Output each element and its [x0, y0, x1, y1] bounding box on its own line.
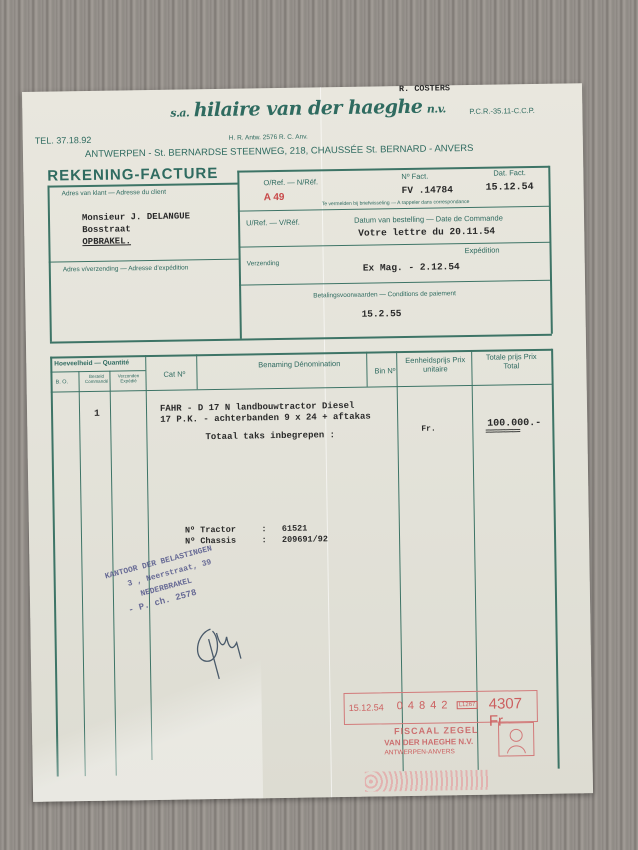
our-ref-label: O/Ref. — N/Réf.	[263, 177, 318, 187]
ordered-header: Besteld Commandé	[84, 374, 108, 384]
item-description: FAHR - D 17 N landbouwtractor Diesel 17 …	[160, 401, 371, 426]
client-address-label: Adres van klant — Adresse du client	[62, 189, 167, 198]
bin-number-header: Bin Nº	[374, 366, 395, 375]
total-underline: =========	[485, 427, 519, 437]
tractor-no: 61521	[282, 524, 308, 534]
shipping-label-nl: Verzending	[247, 260, 280, 268]
cat-number-header: Cat Nº	[163, 369, 185, 378]
client-address: Monsieur J. DELANGUE Bosstraat OPBRAKEL.	[82, 210, 191, 248]
effigy-icon	[498, 722, 535, 757]
client-name: Monsieur J. DELANGUE	[82, 210, 190, 224]
pcr-number: P.C.R.-35.11-C.C.P.	[469, 106, 535, 116]
paper-fold	[320, 87, 332, 797]
shipping-label-fr: Expédition	[464, 246, 499, 256]
currency: Fr.	[421, 425, 436, 434]
bo-header: B. O.	[56, 379, 69, 385]
typed-name: R. COSTERS	[399, 83, 450, 94]
fiscal-stamp: FISCAAL ZEGEL VAN DER HAEGHE N.V. ANTWER…	[344, 724, 537, 761]
order-date-label: Datum van bestelling — Date de Commande	[354, 213, 503, 224]
description-header: Benaming Dénomination	[244, 359, 354, 370]
tax-office-stamp: KANTOOR DER BELASTINGEN 3 , Neerstraat, …	[104, 542, 224, 621]
stamp-pattern	[365, 770, 489, 792]
company-address: ANTWERPEN - St. BERNARDSE STEENWEG, 218,…	[85, 143, 474, 160]
telephone: TEL. 37.18.92	[35, 135, 92, 146]
reference-note: Te vermelden bij briefwisseling — A rapp…	[322, 199, 470, 207]
invoice-date: 15.12.54	[485, 182, 533, 194]
payment-terms-label: Betalingsvoorwaarden — Conditions de pai…	[313, 290, 456, 299]
registry: H. R. Antw. 2576 R. C. Anv.	[229, 134, 308, 142]
shipped-header: Verzonden Expédié	[114, 373, 142, 383]
your-ref-label: U/Ref. — V/Réf.	[246, 218, 300, 228]
unit-price-header: Eenheidsprijs Prix unitaire	[404, 355, 466, 374]
payment-terms: 15.2.55	[361, 308, 401, 320]
client-city: OPBRAKEL.	[82, 234, 190, 248]
total-tax-included-label: Totaal taks inbegrepen :	[205, 430, 335, 442]
shipping-value: Ex Mag. - 2.12.54	[363, 261, 460, 274]
meter-stamp: 15.12.54 0 4 8 4 2 L1267 4307 Fr	[343, 690, 537, 725]
company-logo: s.a. hilaire van der haeghe n.v.	[170, 95, 446, 121]
total-price-header: Totale prijs Prix Total	[478, 352, 544, 371]
quantity-header: Hoeveelheid — Quantité	[54, 359, 129, 367]
ordered-quantity: 1	[94, 408, 100, 419]
order-date: Votre lettre du 20.11.54	[358, 226, 495, 239]
document-title: REKENING-FACTURE	[47, 165, 218, 185]
invoice-paper: R. COSTERS s.a. hilaire van der haeghe n…	[22, 83, 593, 802]
tractor-no-label: Nº Tractor	[185, 525, 236, 536]
our-ref-value: A 49	[264, 192, 285, 203]
invoice-date-label: Dat. Fact.	[493, 168, 526, 178]
invoice-number: FV .14784	[402, 184, 453, 196]
shipping-address-label: Adres v/verzending — Adresse d'expéditio…	[63, 264, 189, 273]
invoice-number-label: Nº Fact.	[401, 172, 428, 181]
chassis-no: 209691/92	[282, 534, 328, 545]
